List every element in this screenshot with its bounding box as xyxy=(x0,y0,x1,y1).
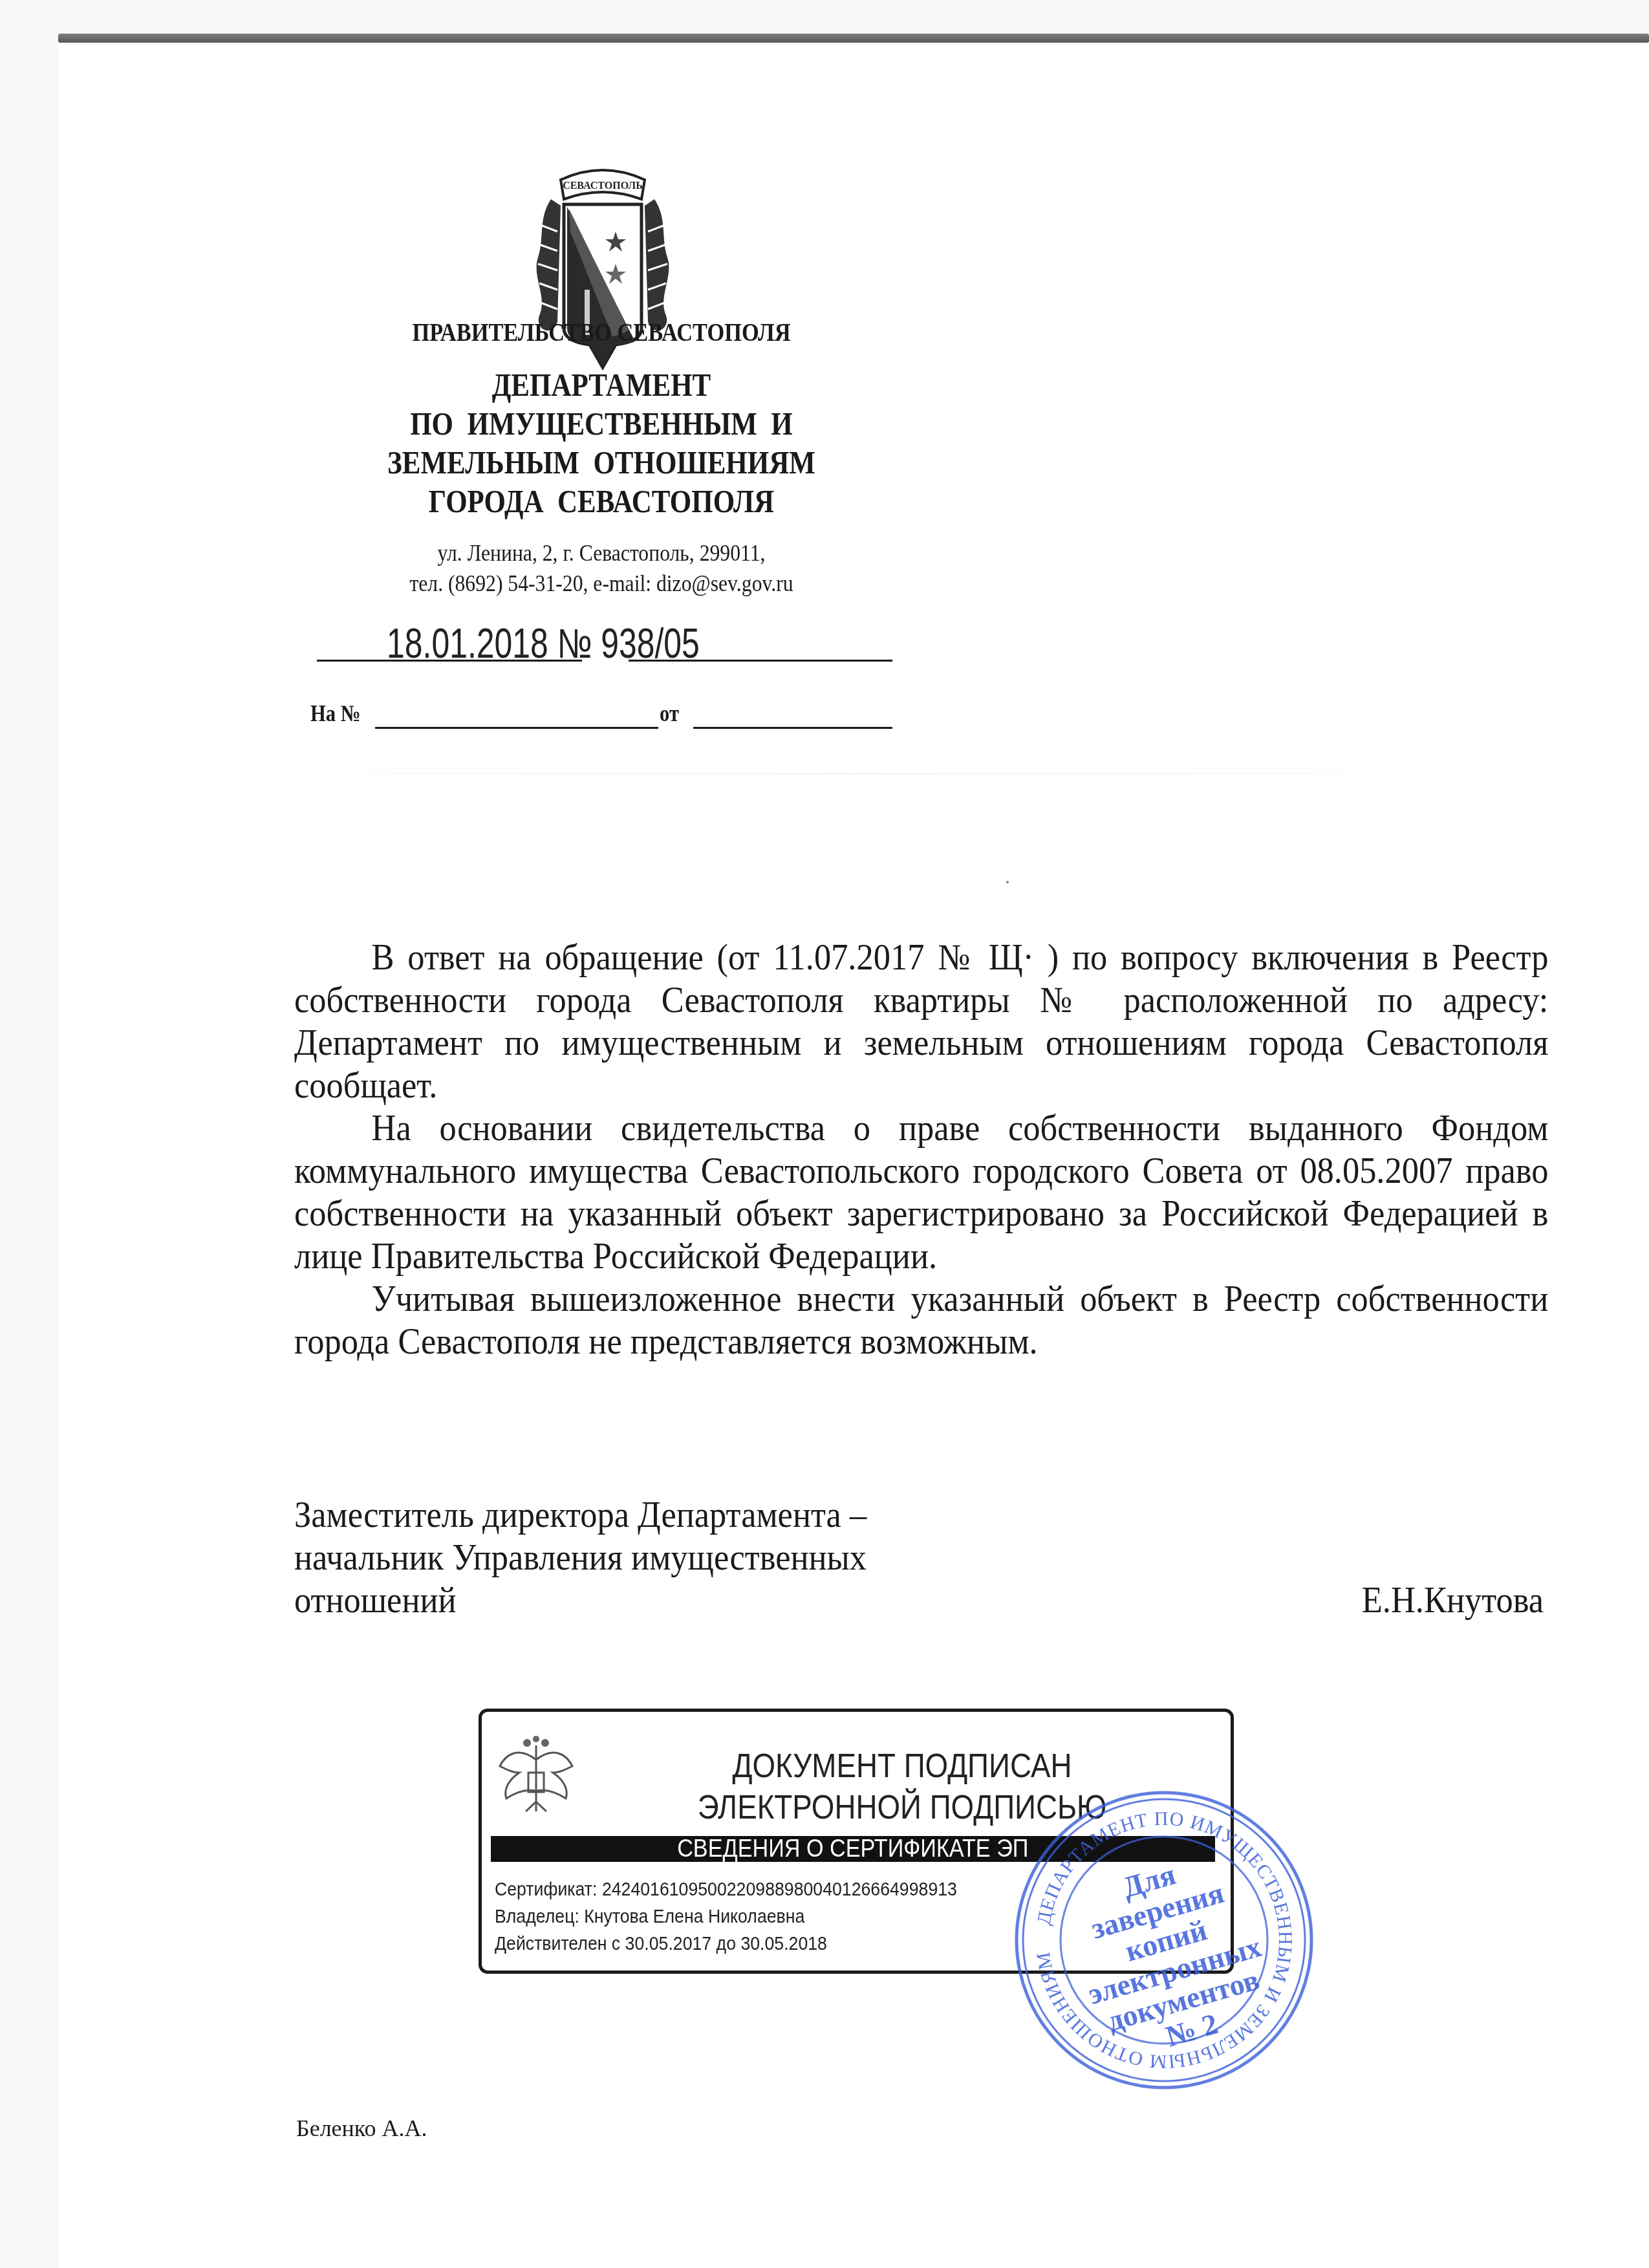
department-title-line: ПО ИМУЩЕСТВЕННЫМ И xyxy=(351,404,852,443)
department-title: ДЕПАРТАМЕНТ ПО ИМУЩЕСТВЕННЫМ И ЗЕМЕЛЬНЫМ… xyxy=(351,365,852,521)
signature-block: Заместитель директора Департамента – нач… xyxy=(294,1494,1544,1622)
address: ул. Ленина, 2, г. Севастополь, 299011, xyxy=(345,538,857,568)
ref-date-label: от xyxy=(660,700,679,727)
certificate-validity: Действителен с 30.05.2017 до 30.05.2018 xyxy=(495,1930,957,1958)
phone-email: тел. (8692) 54-31-20, e-mail: dizo@sev.g… xyxy=(345,568,857,599)
signatory-position: Заместитель директора Департамента – xyxy=(294,1494,1544,1537)
registration-number-underline xyxy=(629,660,892,662)
ref-number-underline xyxy=(375,727,658,729)
department-title-line: ГОРОДА СЕВАСТОПОЛЯ xyxy=(351,482,852,521)
certificate-serial: Сертификат: 2424016109500220988980040126… xyxy=(495,1876,957,1903)
certificate-owner: Владелец: Кнутова Елена Николаевна xyxy=(495,1903,957,1930)
scan-edge xyxy=(58,34,1649,43)
government-title: ПРАВИТЕЛЬСТВО СЕВАСТОПОЛЯ xyxy=(351,317,852,347)
fold-line xyxy=(58,773,1649,774)
signatory-position: начальник Управления имущественных xyxy=(294,1537,1544,1579)
department-contacts: ул. Ленина, 2, г. Севастополь, 299011, т… xyxy=(345,538,857,599)
esig-title-line: ДОКУМЕНТ ПОДПИСАН xyxy=(618,1745,1187,1787)
body-paragraph: В ответ на обращение (от 11.07.2017 № Щ·… xyxy=(294,936,1548,1107)
body-paragraph: На основании свидетельства о праве собст… xyxy=(294,1107,1548,1278)
scan-speck xyxy=(1006,881,1009,883)
department-title-line: ДЕПАРТАМЕНТ xyxy=(351,365,852,404)
reference-row: На № от xyxy=(310,700,892,739)
signatory-position: отношений xyxy=(294,1579,1544,1622)
russian-eagle-emblem-icon xyxy=(493,1734,579,1823)
certificate-details: Сертификат: 2424016109500220988980040126… xyxy=(495,1876,997,1958)
ref-date-underline xyxy=(693,727,892,729)
letter-body: В ответ на обращение (от 11.07.2017 № Щ·… xyxy=(294,936,1548,1363)
certificate-info-label: СВЕДЕНИЯ О СЕРТИФИКАТЕ ЭП xyxy=(677,1836,1028,1862)
registration-date-underline xyxy=(317,660,582,662)
department-title-line: ЗЕМЕЛЬНЫМ ОТНОШЕНИЯМ xyxy=(351,443,852,482)
body-paragraph: Учитывая вышеизложенное внести указанный… xyxy=(294,1278,1548,1363)
executor-name: Беленко А.А. xyxy=(296,2115,427,2142)
ref-number-label: На № xyxy=(310,700,361,727)
svg-text:СЕВАСТОПОЛЬ: СЕВАСТОПОЛЬ xyxy=(563,180,643,191)
signatory-name: Е.Н.Кнутова xyxy=(1362,1579,1544,1622)
